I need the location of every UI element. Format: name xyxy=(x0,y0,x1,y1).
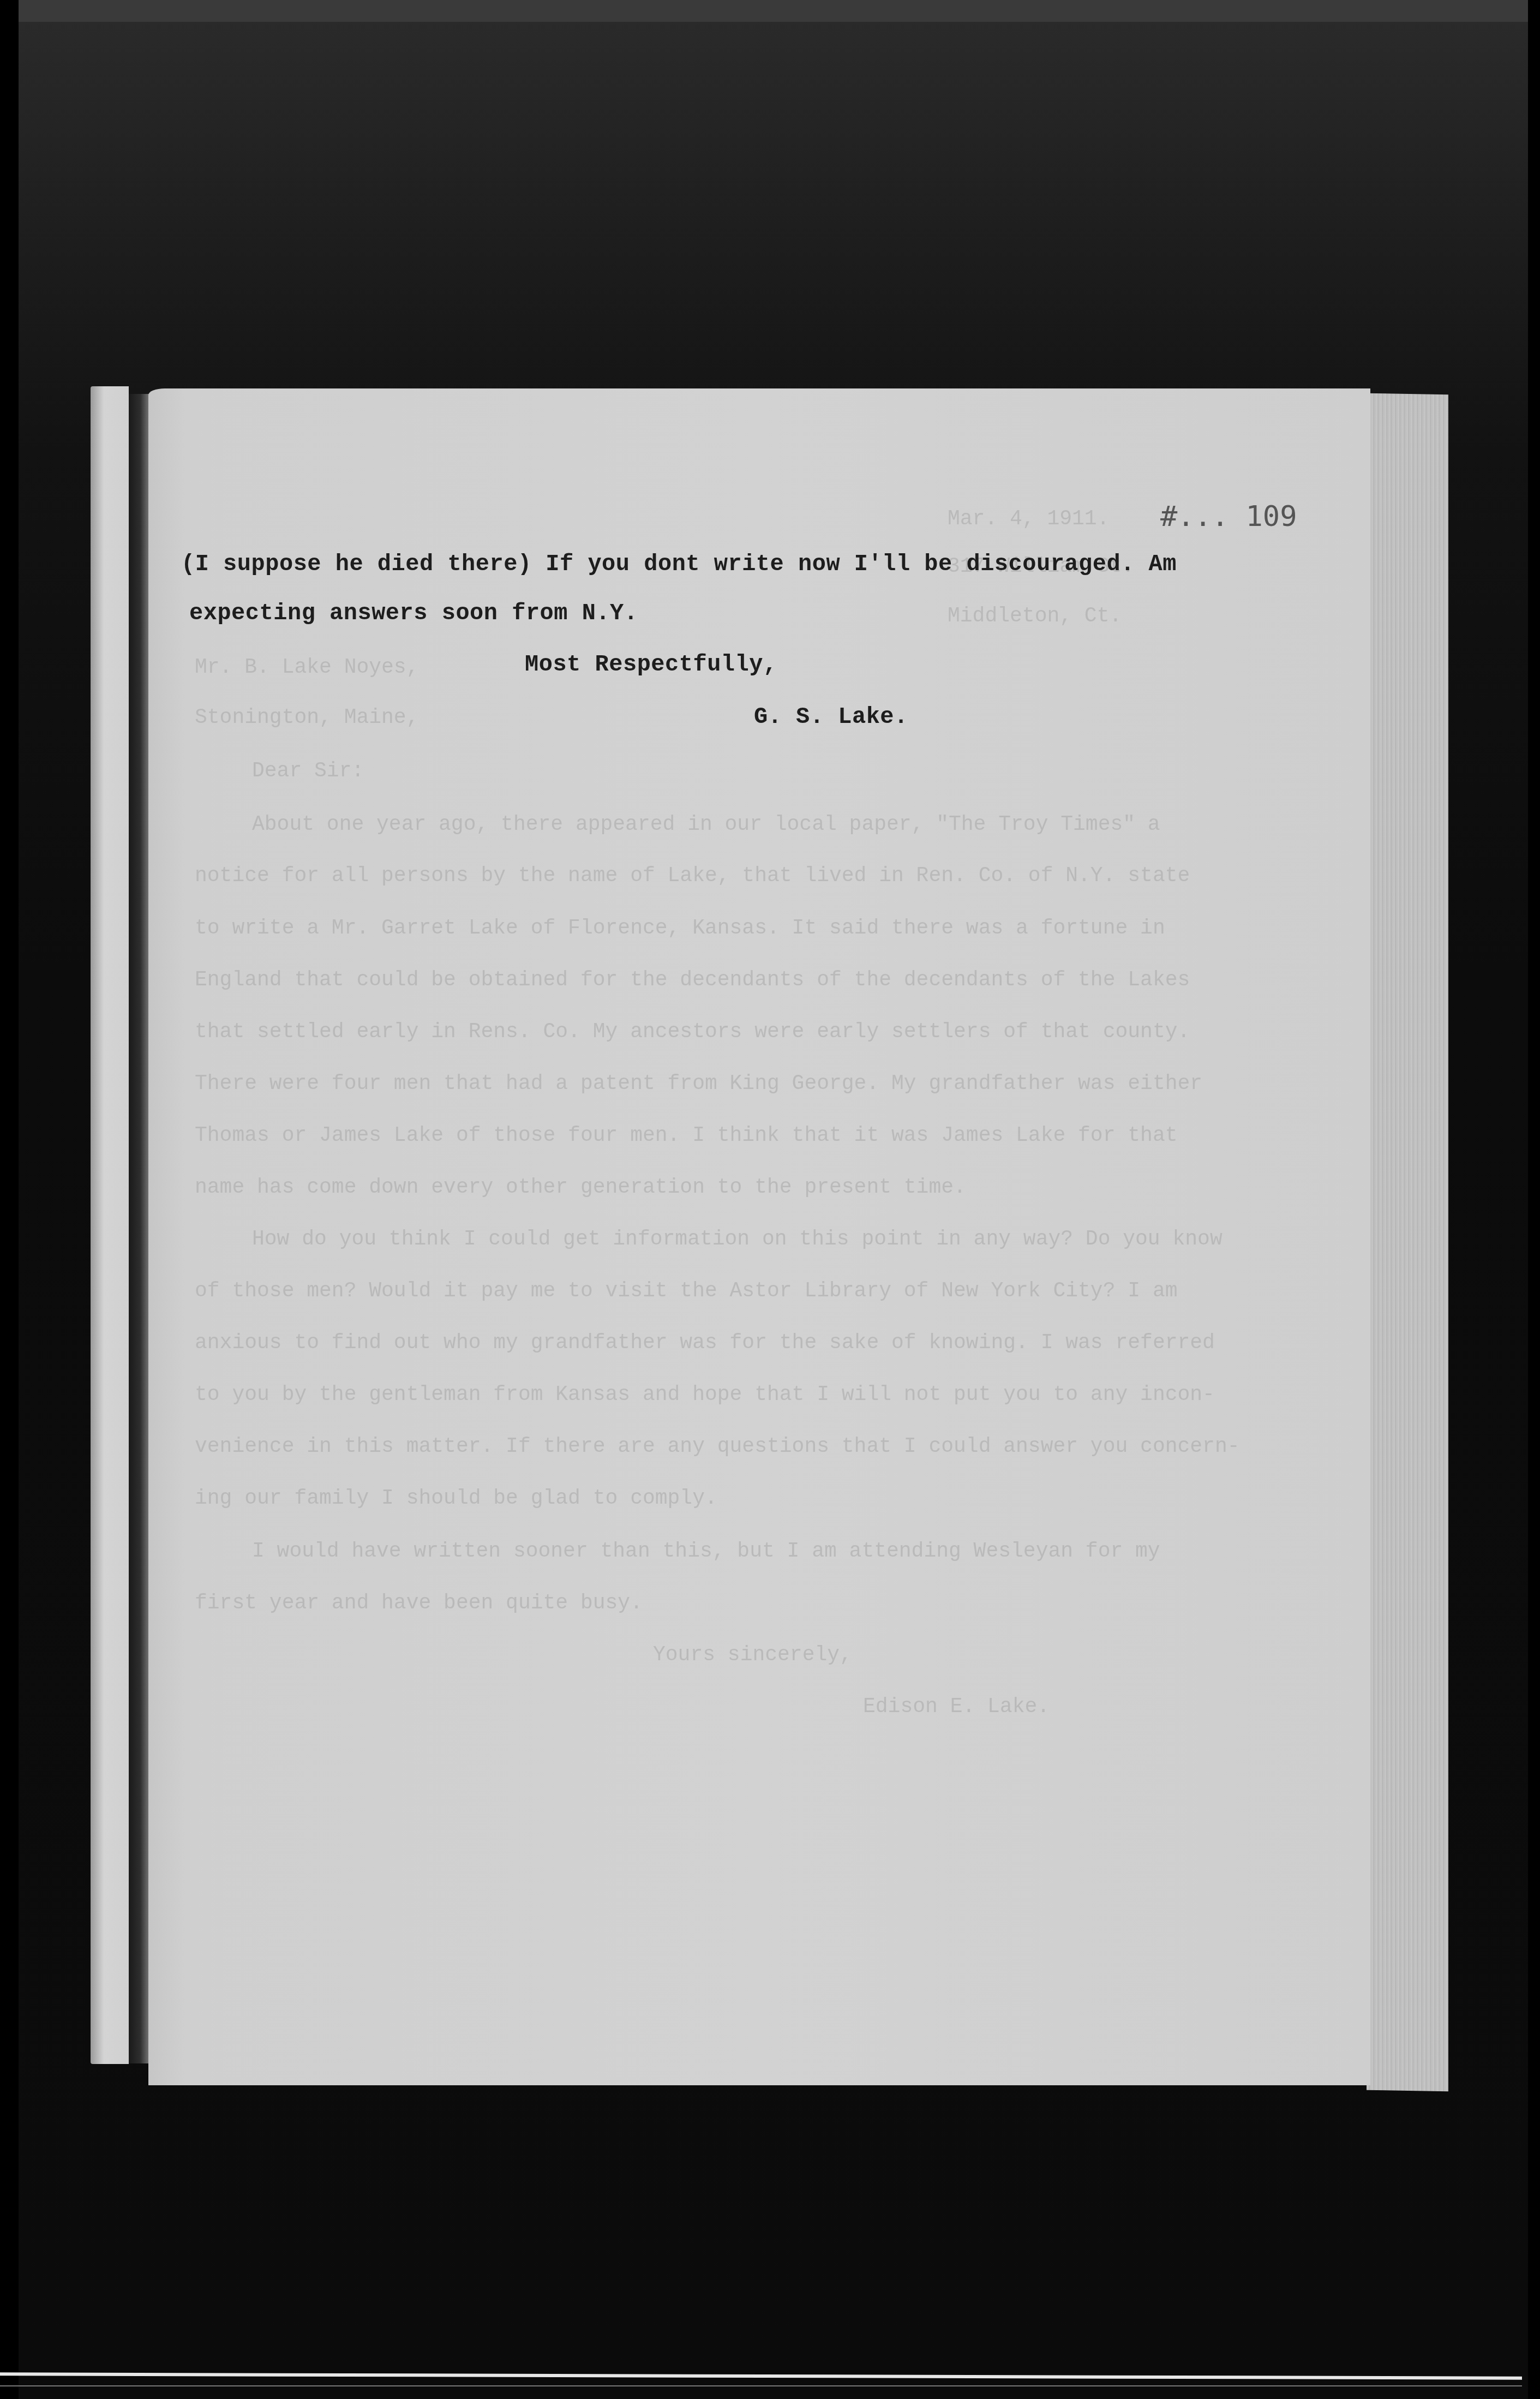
ghost-body-line: I would have written sooner than this, b… xyxy=(252,1540,1160,1563)
ghost-address-line: Middleton, Ct. xyxy=(948,605,1122,628)
left-page-edge xyxy=(91,386,129,2064)
ghost-body-line: ing our family I should be glad to compl… xyxy=(195,1487,717,1510)
ghost-body-line: England that could be obtained for the d… xyxy=(195,968,1190,992)
ghost-recipient-line: Mr. B. Lake Noyes, xyxy=(195,656,418,679)
page-stack-edge xyxy=(1367,393,1448,2092)
ghost-body-line: Thomas or James Lake of those four men. … xyxy=(195,1124,1178,1147)
page-number-stamp: #... 109 xyxy=(1160,500,1297,533)
film-border-top xyxy=(0,0,1540,22)
ghost-body-line: name has come down every other generatio… xyxy=(195,1176,966,1199)
ghost-closing: Yours sincerely, xyxy=(653,1643,852,1667)
ghost-body-line: to you by the gentleman from Kansas and … xyxy=(195,1383,1215,1407)
ghost-body-line: anxious to find out who my grandfather w… xyxy=(195,1331,1215,1355)
document-page: Mar. 4, 1911. 317 William St. Middleton,… xyxy=(148,388,1370,2085)
ghost-body-line: to write a Mr. Garret Lake of Florence, … xyxy=(195,917,1165,940)
film-frame-line-secondary xyxy=(0,2385,1522,2386)
letter-closing: Most Respectfully, xyxy=(525,651,777,678)
ghost-body-line: There were four men that had a patent fr… xyxy=(195,1072,1202,1096)
letter-signature: G. S. Lake. xyxy=(754,704,908,730)
ghost-body-line: About one year ago, there appeared in ou… xyxy=(252,813,1160,836)
ghost-signature: Edison E. Lake. xyxy=(863,1695,1050,1719)
ghost-body-line: that settled early in Rens. Co. My ances… xyxy=(195,1020,1190,1044)
ghost-recipient-line: Stonington, Maine, xyxy=(195,706,418,729)
film-edge-left xyxy=(0,0,19,2399)
ghost-body-line: notice for all persons by the name of La… xyxy=(195,864,1190,888)
ghost-body-line: How do you think I could get information… xyxy=(252,1228,1223,1251)
ghost-body-line: venience in this matter. If there are an… xyxy=(195,1435,1240,1458)
ghost-body-line: first year and have been quite busy. xyxy=(195,1592,643,1615)
ghost-date: Mar. 4, 1911. xyxy=(948,507,1109,531)
film-edge-right xyxy=(1528,0,1540,2399)
ghost-body-line: of those men? Would it pay me to visit t… xyxy=(195,1279,1178,1303)
ghost-salutation: Dear Sir: xyxy=(252,759,364,783)
letter-line: (I suppose he died there) If you dont wr… xyxy=(181,551,1177,577)
letter-line: expecting answers soon from N.Y. xyxy=(189,600,638,626)
